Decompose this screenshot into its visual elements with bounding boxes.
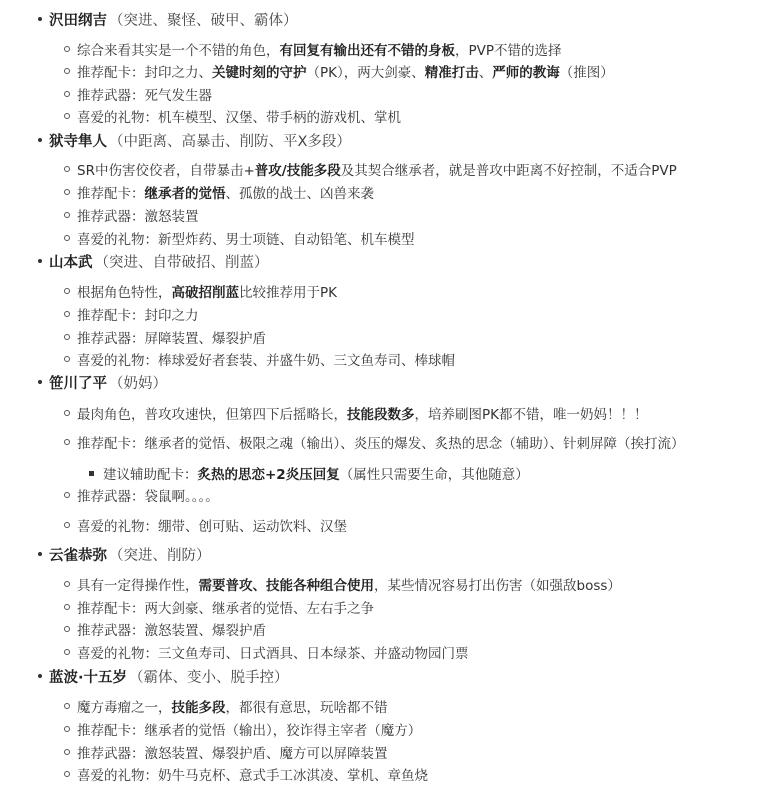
bullet-circle-icon bbox=[64, 749, 70, 755]
character-heading: 狱寺隼人（中距离、高暴击、削防、平X多段） bbox=[38, 131, 351, 153]
list-item: 魔方毒瘤之一，技能多段，都很有意思，玩啥都不错 bbox=[64, 697, 388, 719]
list-item: SR中伤害佼佼者，自带暴击+普攻/技能多段及其契合继承者，就是普攻中距离不好控制… bbox=[64, 160, 677, 182]
bullet-circle-icon bbox=[64, 410, 70, 416]
bullet-dot-icon bbox=[38, 17, 42, 21]
bullet-circle-icon bbox=[64, 581, 70, 587]
bullet-circle-icon bbox=[64, 703, 70, 709]
list-item: 根据角色特性，高破招削蓝比较推荐用于PK bbox=[64, 282, 337, 304]
list-item: 喜爱的礼物：三文鱼寿司、日式酒具、日本绿茶、并盛动物园门票 bbox=[64, 643, 469, 665]
list-item-nested: 建议辅助配卡：炙热的思恋+2炎压回复（属性只需要生命，其他随意） bbox=[89, 464, 529, 486]
bullet-circle-icon bbox=[64, 212, 70, 218]
list-item: 推荐配卡：两大剑豪、继承者的觉悟、左右手之争 bbox=[64, 598, 374, 620]
character-heading: 山本武（突进、自带破招、削蓝） bbox=[38, 252, 269, 274]
character-heading: 云雀恭弥（突进、削防） bbox=[38, 545, 211, 567]
character-heading: 笹川了平（奶妈） bbox=[38, 373, 167, 395]
bullet-dot-icon bbox=[38, 380, 42, 384]
bullet-circle-icon bbox=[64, 311, 70, 317]
list-item: 推荐武器：激怒装置、爆裂护盾、魔方可以屏障装置 bbox=[64, 743, 388, 765]
bullet-circle-icon bbox=[64, 771, 70, 777]
bullet-circle-icon bbox=[64, 334, 70, 340]
bullet-circle-icon bbox=[64, 439, 70, 445]
bullet-circle-icon bbox=[64, 46, 70, 52]
bullet-circle-icon bbox=[64, 189, 70, 195]
list-item: 推荐配卡：封印之力、关键时刻的守护（PK），两大剑豪、精准打击、严师的教诲（推图… bbox=[64, 62, 614, 84]
list-item: 推荐配卡：继承者的觉悟（输出），狡诈得主宰者（魔方） bbox=[64, 720, 421, 742]
list-item: 喜爱的礼物：奶牛马克杯、意式手工冰淇凌、掌机、章鱼烧 bbox=[64, 765, 428, 787]
bullet-circle-icon bbox=[64, 166, 70, 172]
character-tags: （奶妈） bbox=[109, 376, 167, 392]
bullet-circle-icon bbox=[64, 91, 70, 97]
bullet-circle-icon bbox=[64, 356, 70, 362]
character-name: 山本武 bbox=[49, 255, 93, 271]
list-item: 推荐武器：袋鼠啊。。。。 bbox=[64, 486, 219, 508]
bullet-circle-icon bbox=[64, 288, 70, 294]
list-item: 推荐配卡：封印之力 bbox=[64, 305, 199, 327]
bullet-dot-icon bbox=[38, 138, 42, 142]
list-item: 具有一定得操作性，需要普攻、技能各种组合使用，某些情况容易打出伤害（如强敌bos… bbox=[64, 575, 621, 597]
character-name: 笹川了平 bbox=[49, 376, 107, 392]
character-name: 蓝波·十五岁 bbox=[49, 670, 127, 686]
list-item: 推荐武器：死气发生器 bbox=[64, 85, 212, 107]
character-tags: （霸体、变小、脱手控） bbox=[129, 670, 289, 686]
character-name: 云雀恭弥 bbox=[49, 548, 107, 564]
list-item: 推荐武器：激怒装置、爆裂护盾 bbox=[64, 620, 266, 642]
bullet-circle-icon bbox=[64, 492, 70, 498]
bullet-dot-icon bbox=[38, 259, 42, 263]
bullet-dot-icon bbox=[38, 674, 42, 678]
character-tags: （突进、削防） bbox=[109, 548, 211, 564]
list-item: 喜爱的礼物：机车模型、汉堡、带手柄的游戏机、掌机 bbox=[64, 107, 401, 129]
bullet-circle-icon bbox=[64, 235, 70, 241]
character-tags: （突进、自带破招、削蓝） bbox=[95, 255, 269, 271]
character-name: 狱寺隼人 bbox=[49, 134, 107, 150]
bullet-square-icon bbox=[89, 471, 94, 476]
bullet-circle-icon bbox=[64, 649, 70, 655]
bullet-circle-icon bbox=[64, 522, 70, 528]
list-item: 推荐武器：屏障装置、爆裂护盾 bbox=[64, 328, 266, 350]
bullet-circle-icon bbox=[64, 726, 70, 732]
list-item: 最肉角色，普攻攻速快，但第四下后摇略长，技能段数多，培养刷图PK都不错，唯一奶妈… bbox=[64, 404, 648, 426]
list-item: 喜爱的礼物：绷带、创可贴、运动饮料、汉堡 bbox=[64, 516, 347, 538]
list-item: 推荐配卡：继承者的觉悟、孤傲的战士、凶兽来袭 bbox=[64, 183, 374, 205]
bullet-circle-icon bbox=[64, 604, 70, 610]
bullet-circle-icon bbox=[64, 626, 70, 632]
character-heading: 沢田纲吉（突进、聚怪、破甲、霸体） bbox=[38, 10, 298, 32]
list-item: 推荐配卡：继承者的觉悟、极限之魂（输出）、炎压的爆发、炙热的思念（辅助）、针刺屏… bbox=[64, 433, 685, 455]
character-tags: （突进、聚怪、破甲、霸体） bbox=[109, 13, 298, 29]
list-item: 喜爱的礼物：新型炸药、男士项链、自动铅笔、机车模型 bbox=[64, 229, 415, 251]
list-item: 推荐武器：激怒装置 bbox=[64, 206, 199, 228]
character-heading: 蓝波·十五岁（霸体、变小、脱手控） bbox=[38, 667, 289, 689]
bullet-dot-icon bbox=[38, 552, 42, 556]
character-tags: （中距离、高暴击、削防、平X多段） bbox=[109, 134, 351, 150]
bullet-circle-icon bbox=[64, 68, 70, 74]
character-name: 沢田纲吉 bbox=[49, 13, 107, 29]
bullet-circle-icon bbox=[64, 113, 70, 119]
list-item: 综合来看其实是一个不错的角色，有回复有输出还有不错的身板，PVP不错的选择 bbox=[64, 40, 562, 62]
list-item: 喜爱的礼物：棒球爱好者套装、并盛牛奶、三文鱼寿司、棒球帽 bbox=[64, 350, 455, 372]
